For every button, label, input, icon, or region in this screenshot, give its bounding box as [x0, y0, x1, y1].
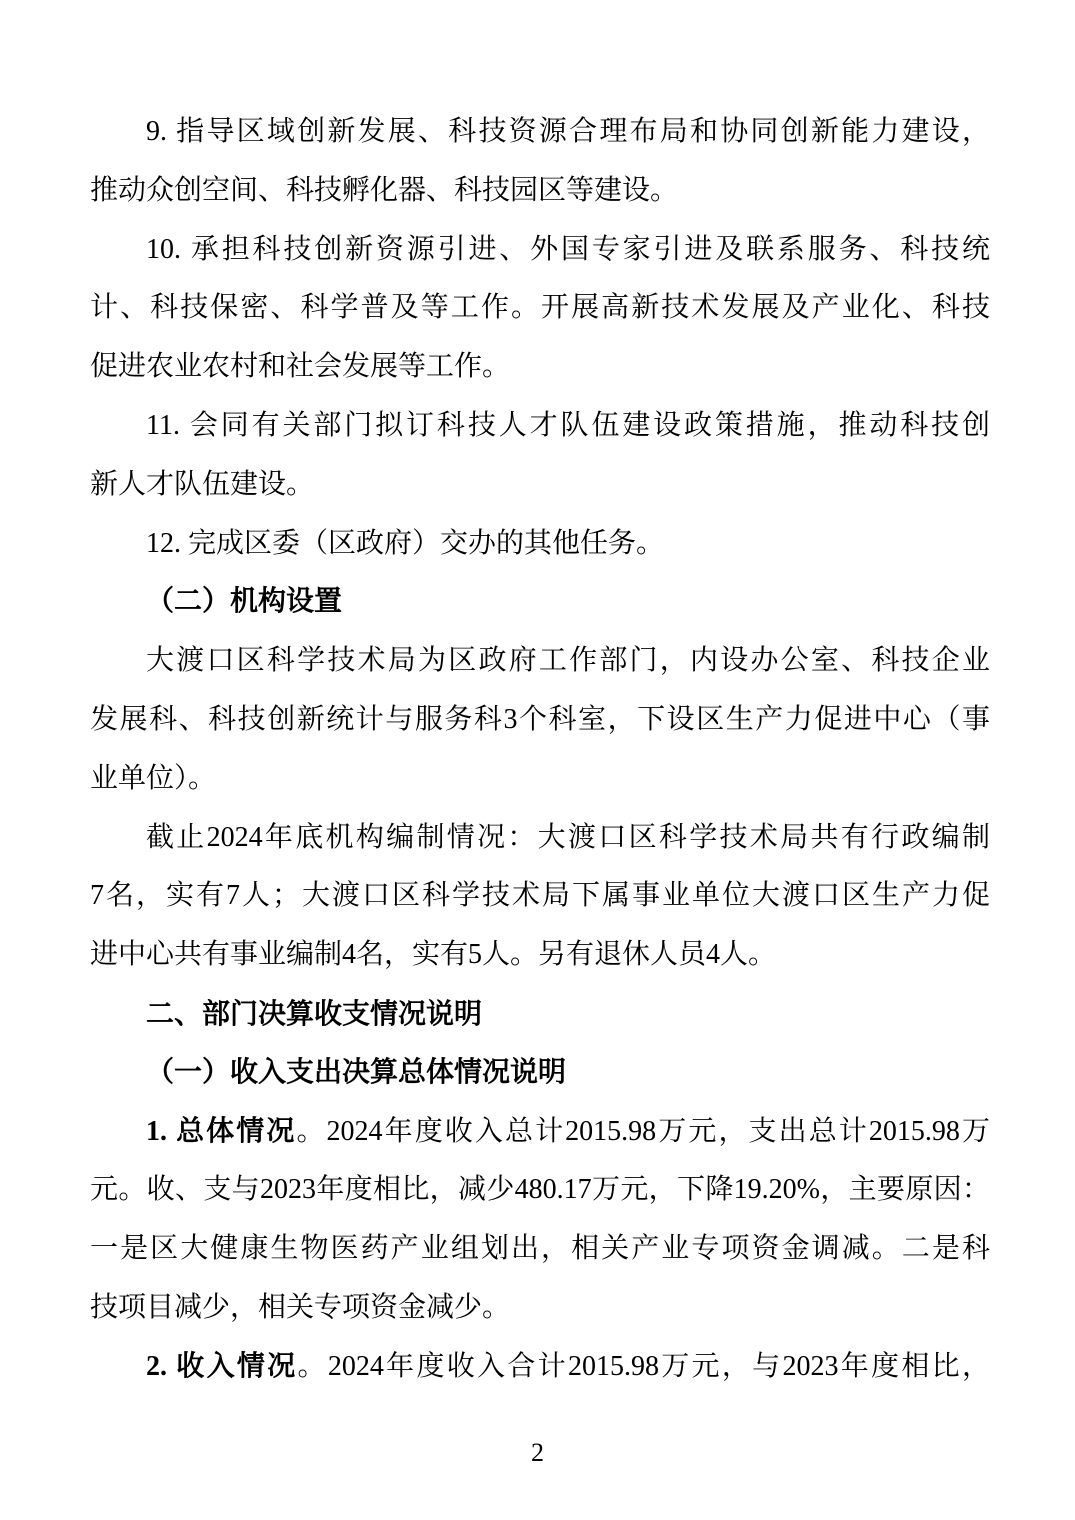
text-segment: 12. 完成区委（区政府）交办的其他任务。 — [146, 528, 664, 559]
text-segment: 9. 指导区域创新发展、科技资源合理布局和协同创新能力建设， — [146, 116, 990, 147]
text-segment: 元。收、支与2023年度相比，减少480.17万元，下降19.20%，主要原因： — [90, 1174, 990, 1205]
bold-text-segment: 2. 收入情况 — [146, 1351, 298, 1382]
bold-text-segment: 二、部门决算收支情况说明 — [146, 998, 482, 1029]
text-line: 元。收、支与2023年度相比，减少480.17万元，下降19.20%，主要原因： — [90, 1161, 990, 1220]
section-heading: 二、部门决算收支情况说明 — [90, 985, 990, 1044]
text-line: 促进农业农村和社会发展等工作。 — [90, 338, 990, 397]
text-line: 业单位）。 — [90, 750, 990, 809]
text-segment: 发展科、科技创新统计与服务科3个科室，下设区生产力促进中心（事 — [90, 704, 990, 735]
text-line: 1. 总体情况。2024年度收入总计2015.98万元，支出总计2015.98万 — [90, 1103, 990, 1162]
text-line: 截止2024年底机构编制情况：大渡口区科学技术局共有行政编制 — [90, 809, 990, 868]
text-segment: 10. 承担科技创新资源引进、外国专家引进及联系服务、科技统 — [146, 234, 990, 265]
text-line: 10. 承担科技创新资源引进、外国专家引进及联系服务、科技统 — [90, 221, 990, 280]
bold-text-segment: （二）机构设置 — [146, 586, 342, 617]
text-segment: 。2024年度收入总计2015.98万元，支出总计2015.98万 — [296, 1116, 990, 1147]
document-content: 9. 指导区域创新发展、科技资源合理布局和协同创新能力建设，推动众创空间、科技孵… — [90, 0, 990, 1397]
text-line: 7名，实有7人；大渡口区科学技术局下属事业单位大渡口区生产力促 — [90, 867, 990, 926]
subsection-heading: （二）机构设置 — [90, 573, 990, 632]
text-line: 推动众创空间、科技孵化器、科技园区等建设。 — [90, 162, 990, 221]
text-line: 新人才队伍建设。 — [90, 456, 990, 515]
text-segment: 业单位）。 — [90, 763, 216, 794]
text-segment: 促进农业农村和社会发展等工作。 — [90, 351, 510, 382]
text-line: 大渡口区科学技术局为区政府工作部门，内设办公室、科技企业 — [90, 632, 990, 691]
text-segment: 11. 会同有关部门拟订科技人才队伍建设政策措施，推动科技创 — [146, 410, 990, 441]
page-number: 2 — [531, 1438, 544, 1467]
text-line: 计、科技保密、科学普及等工作。开展高新技术发展及产业化、科技 — [90, 279, 990, 338]
text-segment: 技项目减少，相关专项资金减少。 — [90, 1292, 510, 1323]
text-segment: 推动众创空间、科技孵化器、科技园区等建设。 — [90, 175, 678, 206]
text-line: 12. 完成区委（区政府）交办的其他任务。 — [90, 515, 990, 574]
text-line: 一是区大健康生物医药产业组划出，相关产业专项资金调减。二是科 — [90, 1220, 990, 1279]
text-line: 发展科、科技创新统计与服务科3个科室，下设区生产力促进中心（事 — [90, 691, 990, 750]
text-segment: 。2024年度收入合计2015.98万元，与2023年度相比， — [298, 1351, 990, 1382]
text-line: 技项目减少，相关专项资金减少。 — [90, 1279, 990, 1338]
text-line: 进中心共有事业编制4名，实有5人。另有退休人员4人。 — [90, 926, 990, 985]
text-line: 2. 收入情况。2024年度收入合计2015.98万元，与2023年度相比， — [90, 1338, 990, 1397]
page-footer: 2 — [0, 1438, 1075, 1468]
bold-text-segment: 1. 总体情况 — [146, 1116, 296, 1147]
text-segment: 7名，实有7人；大渡口区科学技术局下属事业单位大渡口区生产力促 — [90, 880, 990, 911]
text-line: 11. 会同有关部门拟订科技人才队伍建设政策措施，推动科技创 — [90, 397, 990, 456]
text-segment: 计、科技保密、科学普及等工作。开展高新技术发展及产业化、科技 — [90, 292, 990, 323]
text-segment: 大渡口区科学技术局为区政府工作部门，内设办公室、科技企业 — [146, 645, 990, 676]
text-line: 9. 指导区域创新发展、科技资源合理布局和协同创新能力建设， — [90, 103, 990, 162]
text-segment: 新人才队伍建设。 — [90, 469, 314, 500]
subsection-heading: （一）收入支出决算总体情况说明 — [90, 1044, 990, 1103]
bold-text-segment: （一）收入支出决算总体情况说明 — [146, 1057, 566, 1088]
document-page: 9. 指导区域创新发展、科技资源合理布局和协同创新能力建设，推动众创空间、科技孵… — [0, 0, 1075, 1520]
text-segment: 截止2024年底机构编制情况：大渡口区科学技术局共有行政编制 — [146, 822, 990, 853]
text-segment: 一是区大健康生物医药产业组划出，相关产业专项资金调减。二是科 — [90, 1233, 990, 1264]
text-segment: 进中心共有事业编制4名，实有5人。另有退休人员4人。 — [90, 939, 776, 970]
